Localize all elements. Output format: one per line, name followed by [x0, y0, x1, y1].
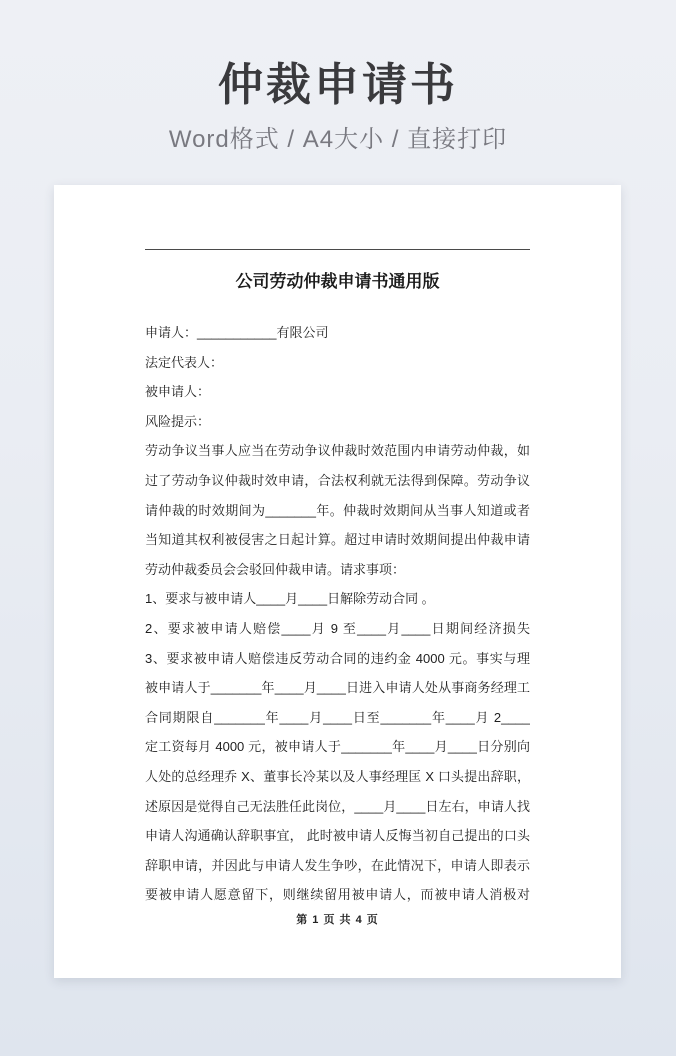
- document-line: 人处的总经理乔 X、董事长冷某以及人事经理匡 X 口头提出辞职，口: [145, 762, 530, 792]
- document-line: 请仲裁的时效期间为_______年。仲裁时效期间从当事人知道或者应: [145, 496, 530, 526]
- title-divider: [145, 249, 530, 250]
- page-background: { "theme": { "background_top": "#eef0f5"…: [0, 0, 676, 1056]
- page-title: 仲裁申请书: [0, 60, 676, 110]
- document-line: 申请人：___________有限公司: [145, 318, 530, 348]
- document-line: 过了劳动争议仲裁时效申请，合法权利就无法得到保障。劳动争议申: [145, 466, 530, 496]
- document-line: 3、要求被申请人赔偿违反劳动合同的违约金 4000 元。事实与理由：: [145, 644, 530, 674]
- document-line: 当知道其权利被侵害之日起计算。超过申请时效期间提出仲裁申请的，: [145, 525, 530, 555]
- document-line: 合同期限自_______年____月____日至_______年____月 2_…: [145, 703, 530, 733]
- document-line: 2、要求被申请人赔偿____月 9 至____月____日期间经济损失 1636…: [145, 614, 530, 644]
- page-number: 第 1 页 共 4 页: [145, 911, 530, 927]
- document-line: 劳动仲裁委员会会驳回仲裁申请。请求事项：: [145, 555, 530, 585]
- document-line: 被申请人：: [145, 377, 530, 407]
- page-subtitle: Word格式 / A4大小 / 直接打印: [0, 119, 676, 154]
- document-line: 述原因是觉得自己无法胜任此岗位，____月____日左右，申请人找被: [145, 792, 530, 822]
- document-line: 被申请人于_______年____月____日进入申请人处从事商务经理工作，: [145, 673, 530, 703]
- document-line: 1、要求与被申请人____月____日解除劳动合同 。: [145, 584, 530, 614]
- document-title: 公司劳动仲裁申请书通用版: [145, 267, 530, 292]
- header: 仲裁申请书 Word格式 / A4大小 / 直接打印: [0, 0, 676, 154]
- document-line: 要被申请人愿意留下，则继续留用被申请人，而被申请人消极对待，: [145, 880, 530, 910]
- document-sheet: 公司劳动仲裁申请书通用版 申请人：___________有限公司法定代表人：被申…: [54, 185, 621, 978]
- document-line: 风险提示：: [145, 407, 530, 437]
- document-line: 劳动争议当事人应当在劳动争议仲裁时效范围内申请劳动仲裁，如果: [145, 436, 530, 466]
- document-line: 法定代表人：: [145, 348, 530, 378]
- document-body: 申请人：___________有限公司法定代表人：被申请人：风险提示：劳动争议当…: [145, 318, 530, 910]
- document-line: 定工资每月 4000 元，被申请人于_______年____月____日分别向申…: [145, 732, 530, 762]
- document-line: 辞职申请，并因此与申请人发生争吵，在此情况下，申请人即表示只: [145, 851, 530, 881]
- document-line: 申请人沟通确认辞职事宜， 此时被申请人反悔当初自己提出的口头: [145, 821, 530, 851]
